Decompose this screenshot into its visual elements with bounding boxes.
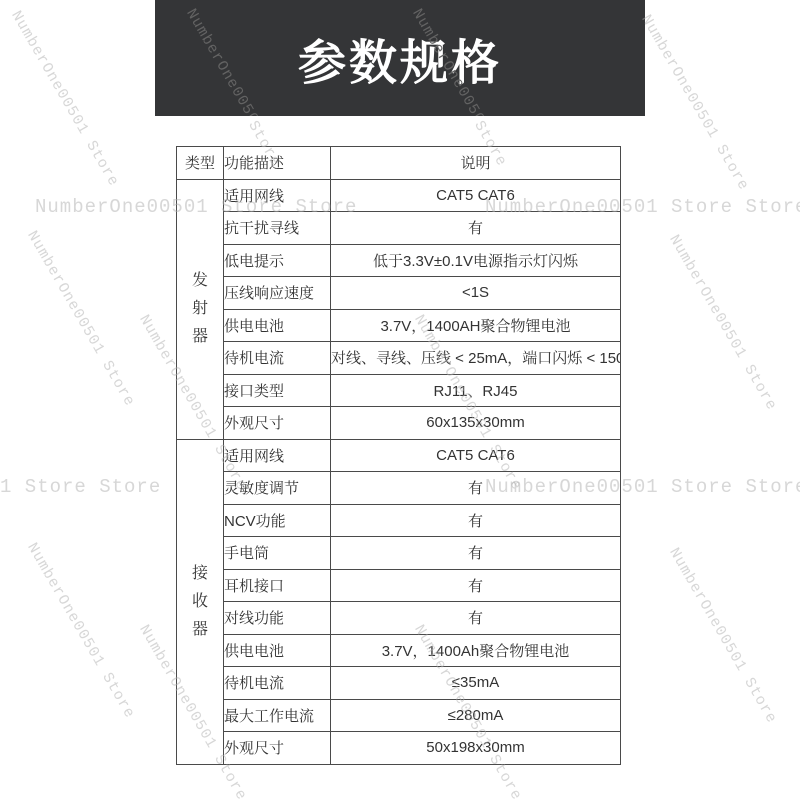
table-row: 低电提示 低于3.3V±0.1V电源指示灯闪烁 (177, 244, 621, 277)
feature-cell: 灵敏度调节 (224, 472, 331, 505)
feature-cell: 压线响应速度 (224, 277, 331, 310)
desc-cell: 有 (331, 472, 621, 505)
table-row: 最大工作电流 ≤280mA (177, 699, 621, 732)
table-row: 灵敏度调节 有 (177, 472, 621, 505)
table-row: 压线响应速度 <1S (177, 277, 621, 310)
feature-cell: 待机电流 (224, 342, 331, 375)
desc-cell: CAT5 CAT6 (331, 179, 621, 212)
table-row: 抗干扰寻线 有 (177, 212, 621, 245)
desc-cell: 有 (331, 537, 621, 570)
desc-cell: 50x198x30mm (331, 732, 621, 765)
feature-cell: NCV功能 (224, 504, 331, 537)
watermark-text: NumberOne00501 Store (637, 12, 752, 194)
feature-cell: 接口类型 (224, 374, 331, 407)
table-row: NCV功能 有 (177, 504, 621, 537)
header-row: 类型 功能描述 说明 (177, 147, 621, 180)
section-label-transmitter: 发 射 器 (177, 179, 224, 439)
table-row: 供电电池 3.7V，1400AH聚合物锂电池 (177, 309, 621, 342)
table-row: 外观尺寸 50x198x30mm (177, 732, 621, 765)
watermark-text: NumberOne00501 Store (665, 545, 780, 727)
desc-cell: 有 (331, 504, 621, 537)
desc-cell: 60x135x30mm (331, 407, 621, 440)
product-spec-image: NumberOne00501 StoreNumberOne00501 Store… (0, 0, 800, 800)
desc-cell: ≤280mA (331, 699, 621, 732)
watermark-text: NumberOne00501 Store (23, 228, 138, 410)
desc-cell: 低于3.3V±0.1V电源指示灯闪烁 (331, 244, 621, 277)
page-title: 参数规格 (155, 0, 645, 116)
desc-cell: CAT5 CAT6 (331, 439, 621, 472)
feature-cell: 适用网线 (224, 439, 331, 472)
table-row: 接 收 器 适用网线 CAT5 CAT6 (177, 439, 621, 472)
desc-cell: 对线、寻线、压线 < 25mA，端口闪烁 < 150mA (331, 342, 621, 375)
table-row: 待机电流 ≤35mA (177, 667, 621, 700)
feature-cell: 对线功能 (224, 602, 331, 635)
feature-cell: 外观尺寸 (224, 407, 331, 440)
watermark-text: 1 Store Store (0, 476, 161, 498)
col-header-desc: 说明 (331, 147, 621, 180)
feature-cell: 抗干扰寻线 (224, 212, 331, 245)
desc-cell: 3.7V，1400Ah聚合物锂电池 (331, 634, 621, 667)
desc-cell: <1S (331, 277, 621, 310)
table-row: 外观尺寸 60x135x30mm (177, 407, 621, 440)
title-banner: NumberOne00501 StoreNumberOne00501 Store… (155, 0, 645, 116)
table-row: 对线功能 有 (177, 602, 621, 635)
feature-cell: 低电提示 (224, 244, 331, 277)
table-row: 手电筒 有 (177, 537, 621, 570)
feature-cell: 手电筒 (224, 537, 331, 570)
watermark-text: NumberOne00501 Store (665, 232, 780, 414)
desc-cell: 有 (331, 602, 621, 635)
table-row: 待机电流 对线、寻线、压线 < 25mA，端口闪烁 < 150mA (177, 342, 621, 375)
feature-cell: 供电电池 (224, 309, 331, 342)
feature-cell: 适用网线 (224, 179, 331, 212)
desc-cell: RJ11、RJ45 (331, 374, 621, 407)
feature-cell: 供电电池 (224, 634, 331, 667)
desc-cell: 有 (331, 569, 621, 602)
feature-cell: 最大工作电流 (224, 699, 331, 732)
table-row: 发 射 器 适用网线 CAT5 CAT6 (177, 179, 621, 212)
desc-cell: 3.7V，1400AH聚合物锂电池 (331, 309, 621, 342)
feature-cell: 耳机接口 (224, 569, 331, 602)
feature-cell: 外观尺寸 (224, 732, 331, 765)
spec-table: 类型 功能描述 说明 发 射 器 适用网线 CAT5 CAT6 抗干扰寻线 有 … (176, 146, 621, 765)
watermark-text: NumberOne00501 Store (7, 8, 122, 190)
feature-cell: 待机电流 (224, 667, 331, 700)
section-label-receiver: 接 收 器 (177, 439, 224, 764)
table-row: 供电电池 3.7V，1400Ah聚合物锂电池 (177, 634, 621, 667)
desc-cell: 有 (331, 212, 621, 245)
table-row: 耳机接口 有 (177, 569, 621, 602)
desc-cell: ≤35mA (331, 667, 621, 700)
watermark-text: NumberOne00501 Store (23, 540, 138, 722)
col-header-type: 类型 (177, 147, 224, 180)
col-header-feature: 功能描述 (224, 147, 331, 180)
table-row: 接口类型 RJ11、RJ45 (177, 374, 621, 407)
